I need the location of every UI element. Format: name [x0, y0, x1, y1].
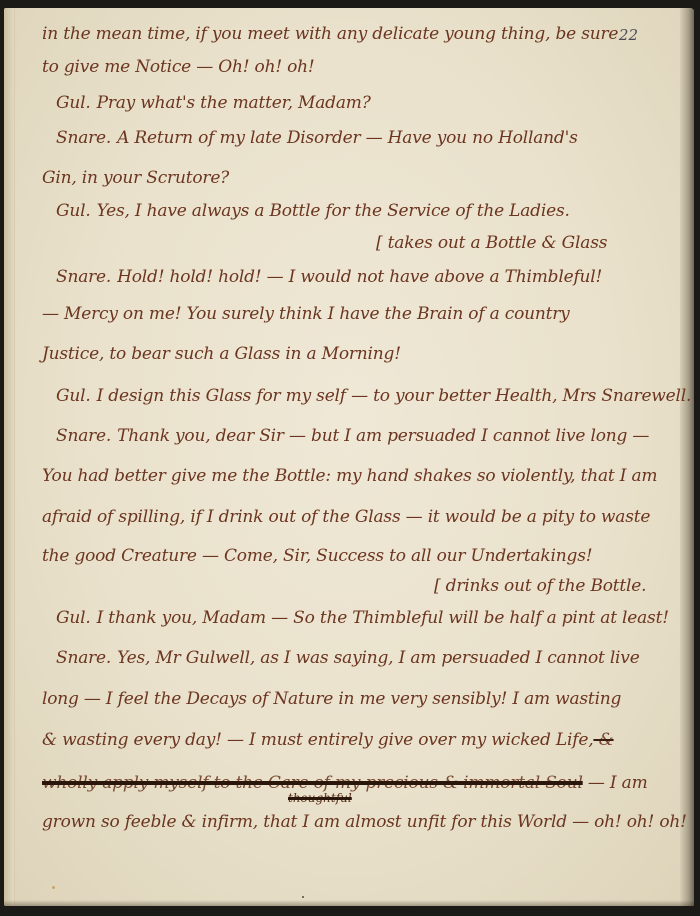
- text-line: Justice, to bear such a Glass in a Morni…: [42, 344, 401, 364]
- text-line: to give me Notice — Oh! oh! oh!: [42, 57, 315, 77]
- speaker-name: Snare.: [56, 267, 111, 287]
- binding-gutter: [4, 8, 15, 906]
- text-line: grown so feeble & infirm, that I am almo…: [42, 812, 687, 832]
- scan-frame: 22 in the mean time, if you meet with an…: [0, 0, 700, 916]
- dialogue-line: Snare.Yes, Mr Gulwell, as I was saying, …: [56, 648, 640, 668]
- deleted-text: &: [593, 730, 613, 750]
- text-line: the good Creature — Come, Sir, Success t…: [42, 546, 592, 566]
- interlinear-deletion: thoughtful: [288, 791, 352, 805]
- speaker-name: Gul.: [56, 201, 91, 221]
- deleted-text: wholly apply myself to the Care of my pr…: [42, 773, 583, 793]
- text-line: You had better give me the Bottle: my ha…: [42, 466, 657, 486]
- stage-direction: [ takes out a Bottle & Glass: [376, 233, 607, 253]
- dialogue-line: Gul.Pray what's the matter, Madam?: [56, 93, 371, 113]
- dialogue-line: Snare.A Return of my late Disorder — Hav…: [56, 128, 578, 148]
- manuscript-page: 22 in the mean time, if you meet with an…: [4, 8, 694, 906]
- dialogue-line: Gul.I design this Glass for my self — to…: [56, 386, 691, 406]
- speaker-name: Gul.: [56, 386, 91, 406]
- folio-number: 22: [619, 26, 638, 44]
- dialogue-line: Gul.Yes, I have always a Bottle for the …: [56, 201, 570, 221]
- text-line: & wasting every day! — I must entirely g…: [42, 730, 614, 750]
- dialogue-line: Snare.Thank you, dear Sir — but I am per…: [56, 426, 649, 446]
- speaker-name: Snare.: [56, 128, 111, 148]
- page-edge: [680, 8, 694, 906]
- speaker-name: Gul.: [56, 93, 91, 113]
- text-line: — Mercy on me! You surely think I have t…: [42, 304, 570, 324]
- page-shadow: [4, 900, 694, 906]
- paper-stain: [52, 886, 55, 889]
- text-line: afraid of spilling, if I drink out of th…: [42, 507, 650, 527]
- text-line: in the mean time, if you meet with any d…: [42, 24, 618, 44]
- speaker-name: Snare.: [56, 648, 111, 668]
- text-line: Gin, in your Scrutore?: [42, 168, 229, 188]
- paper-stain: [302, 896, 304, 898]
- speaker-name: Snare.: [56, 426, 111, 446]
- text-line: long — I feel the Decays of Nature in me…: [42, 689, 621, 709]
- dialogue-line: Snare.Hold! hold! hold! — I would not ha…: [56, 267, 602, 287]
- stage-direction: [ drinks out of the Bottle.: [434, 576, 646, 596]
- text-line: wholly apply myself to the Care of my pr…: [42, 773, 648, 793]
- dialogue-line: Gul.I thank you, Madam — So the Thimblef…: [56, 608, 669, 628]
- speaker-name: Gul.: [56, 608, 91, 628]
